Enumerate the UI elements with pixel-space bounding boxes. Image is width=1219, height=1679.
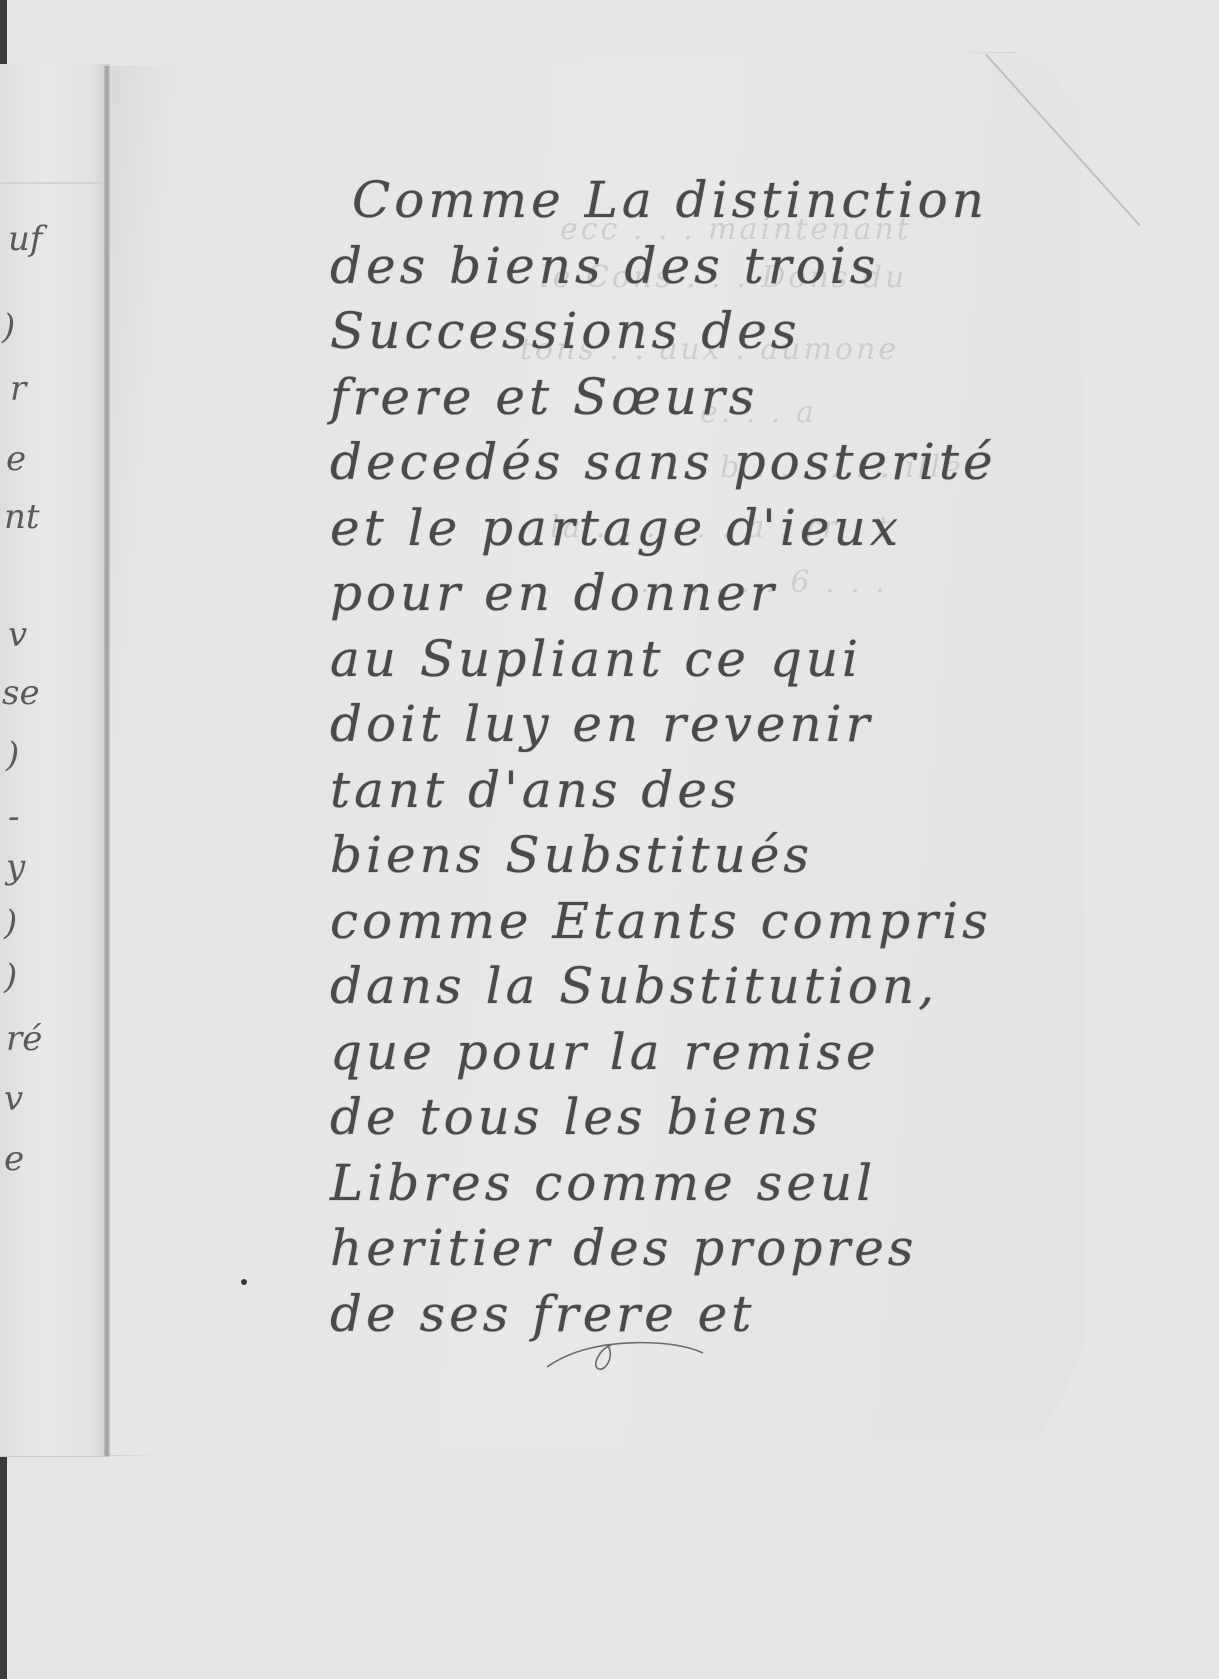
manuscript-text: Comme La distinction des biens des trois…	[330, 168, 1090, 1347]
left-page-fragment: nt	[4, 500, 40, 534]
book-gutter	[104, 66, 110, 1456]
manuscript-line: Successions des	[330, 299, 1090, 365]
manuscript-line: frere et Sœurs	[330, 365, 1090, 431]
left-page-fragment: e	[6, 442, 26, 476]
left-page-fragment: )	[4, 906, 17, 940]
manuscript-line: de ses frere et	[330, 1282, 1090, 1348]
manuscript-line: decedés sans posterité	[330, 430, 1090, 496]
left-page-fragment: ré	[6, 1022, 42, 1056]
manuscript-line: au Supliant ce qui	[330, 627, 1090, 693]
left-page-fragment: v	[8, 618, 27, 652]
left-page-fragment: uf	[8, 222, 42, 256]
manuscript-line: des biens des trois	[330, 234, 1090, 300]
left-page-fragment: e	[4, 1142, 24, 1176]
left-page-fragment: v	[4, 1082, 23, 1116]
manuscript-line: comme Etants compris	[330, 889, 1090, 955]
manuscript-line: et le partage d'ieux	[330, 496, 1090, 562]
manuscript-line: tant d'ans des	[330, 758, 1090, 824]
ink-flourish-icon	[545, 1335, 705, 1375]
ink-spot	[241, 1279, 247, 1285]
left-page-fragment: se	[2, 676, 40, 710]
manuscript-line: doit luy en revenir	[330, 692, 1090, 758]
left-page-fragment: y	[6, 850, 25, 884]
manuscript-line: Comme La distinction	[330, 168, 1090, 234]
manuscript-line: dans la Substitution,	[330, 954, 1090, 1020]
manuscript-line: biens Substitués	[330, 823, 1090, 889]
left-page-fragment: )	[2, 310, 15, 344]
manuscript-line: heritier des propres	[330, 1216, 1090, 1282]
left-page-fragment: )	[6, 738, 19, 772]
left-page-fragment: r	[10, 372, 26, 406]
left-page-fold	[0, 182, 110, 184]
manuscript-line: pour en donner	[330, 561, 1090, 627]
manuscript-line: que pour la remise	[330, 1020, 1090, 1086]
left-page-fragment: )	[4, 960, 17, 994]
manuscript-line: Libres comme seul	[330, 1151, 1090, 1217]
manuscript-line: de tous les biens	[330, 1085, 1090, 1151]
left-page-fragment: -	[8, 800, 20, 834]
